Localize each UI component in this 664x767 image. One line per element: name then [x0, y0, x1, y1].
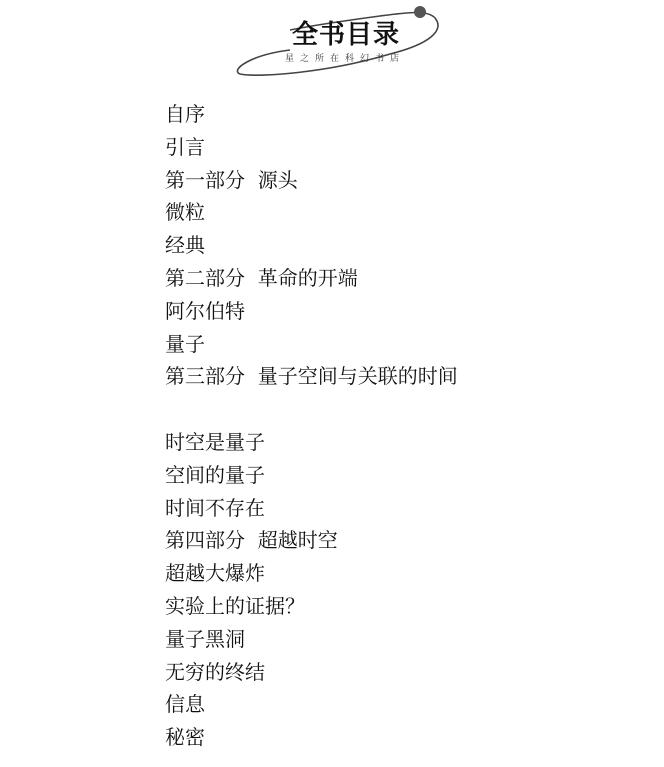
toc-item[interactable]: 经典 [165, 229, 458, 262]
toc-item[interactable]: 量子 [165, 328, 458, 361]
toc-item[interactable]: 时空是量子 [165, 426, 458, 459]
toc-item[interactable]: 信息 [165, 688, 458, 721]
toc-item[interactable]: 第三部分 量子空间与关联的时间 [165, 360, 458, 393]
toc-item[interactable]: 第一部分 源头 [165, 164, 458, 197]
toc-item[interactable]: 超越大爆炸 [165, 557, 458, 590]
toc-item[interactable]: 无穷的终结 [165, 656, 458, 689]
toc-item[interactable]: 第四部分 超越时空 [165, 524, 458, 557]
toc-spacer [165, 393, 458, 426]
toc-item[interactable]: 实验上的证据？ [165, 590, 458, 623]
page-subtitle: 星之所在科幻书店 [260, 53, 430, 65]
toc-item[interactable]: 第二部分 革命的开端 [165, 262, 458, 295]
toc-item[interactable]: 阿尔伯特 [165, 295, 458, 328]
toc-item[interactable]: 自序 [165, 98, 458, 131]
toc-item[interactable]: 时间不存在 [165, 492, 458, 525]
page-title: 全书目录 [286, 18, 406, 52]
toc-item[interactable]: 秘密 [165, 721, 458, 754]
toc-item[interactable]: 引言 [165, 131, 458, 164]
table-of-contents: 自序 引言 第一部分 源头 微粒 经典 第二部分 革命的开端 阿尔伯特 量子 第… [165, 98, 458, 754]
toc-item[interactable]: 微粒 [165, 196, 458, 229]
toc-item[interactable]: 量子黑洞 [165, 623, 458, 656]
header: 全书目录 星之所在科幻书店 [230, 0, 450, 82]
toc-item[interactable]: 空间的量子 [165, 459, 458, 492]
